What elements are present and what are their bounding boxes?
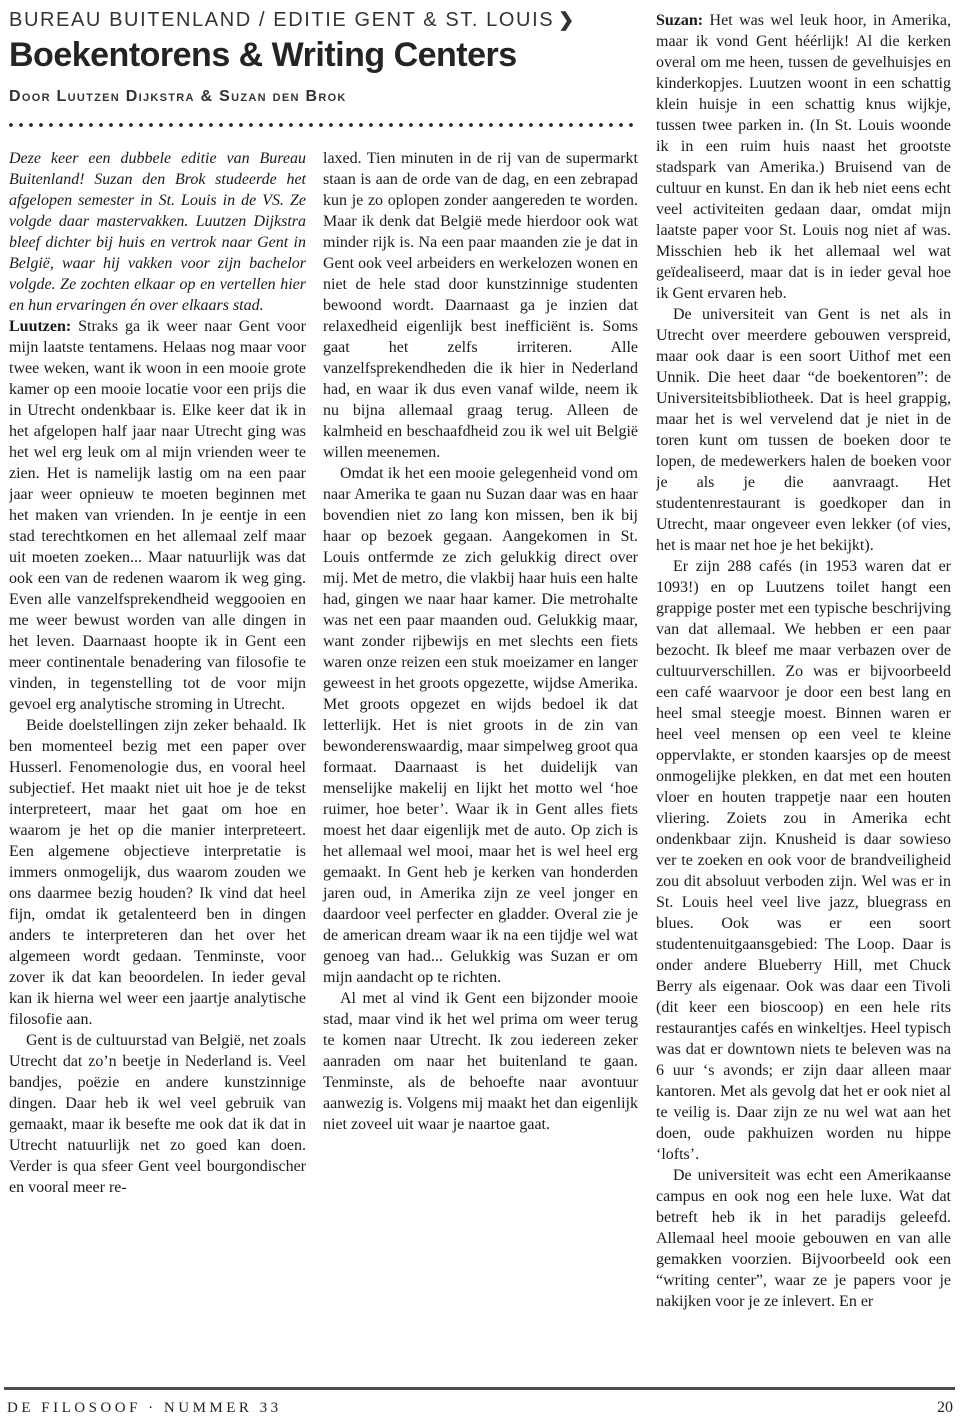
page-content: BUREAU BUITENLAND / EDITIE GENT & ST. LO… xyxy=(9,0,951,1380)
intro-paragraph: Deze keer een dubbele editie van Bureau … xyxy=(9,148,306,316)
page-number: 20 xyxy=(937,1399,953,1417)
column-1: Deze keer een dubbele editie van Bureau … xyxy=(9,148,306,1380)
column-2: laxed. Tien minuten in de rij van de sup… xyxy=(323,148,638,1380)
dotted-divider xyxy=(9,123,638,127)
page-footer: DE FILOSOOF · NUMMER 33 20 xyxy=(4,1380,955,1417)
luutzen-paragraph: Luutzen: Straks ga ik weer naar Gent voo… xyxy=(9,316,306,715)
paragraph-continuation: laxed. Tien minuten in de rij van de sup… xyxy=(323,148,638,463)
byline: Door Luutzen Dijkstra & Suzan den Brok xyxy=(9,88,638,106)
paragraph: Gent is de cultuurstad van België, net z… xyxy=(9,1030,306,1198)
columns-1-2: Deze keer een dubbele editie van Bureau … xyxy=(9,148,638,1380)
magazine-page: BUREAU BUITENLAND / EDITIE GENT & ST. LO… xyxy=(0,0,960,1425)
column-3: Suzan: Het was wel leuk hoor, in Amerika… xyxy=(656,0,951,1380)
kicker-text: BUREAU BUITENLAND / EDITIE GENT & ST. LO… xyxy=(9,9,554,31)
footer-row: DE FILOSOOF · NUMMER 33 20 xyxy=(4,1399,955,1417)
paragraph: Al met al vind ik Gent een bijzonder moo… xyxy=(323,988,638,1135)
left-zone: BUREAU BUITENLAND / EDITIE GENT & ST. LO… xyxy=(9,0,638,1380)
article-title: Boekentorens & Writing Centers xyxy=(9,36,638,75)
section-kicker: BUREAU BUITENLAND / EDITIE GENT & ST. LO… xyxy=(9,9,638,32)
journal-name: DE FILOSOOF · NUMMER 33 xyxy=(7,1400,282,1417)
footer-rule xyxy=(4,1387,955,1390)
speaker-label-suzan: Suzan: xyxy=(656,12,703,29)
speaker-label-luutzen: Luutzen: xyxy=(9,318,71,335)
paragraph: Er zijn 288 cafés (in 1953 waren dat er … xyxy=(656,556,951,1165)
paragraph: De universiteit was echt een Amerikaanse… xyxy=(656,1165,951,1312)
paragraph: Beide doelstellingen zijn zeker behaald.… xyxy=(9,715,306,1030)
chevron-right-icon: ❯ xyxy=(558,10,574,31)
paragraph-text: Het was wel leuk hoor, in Amerika, maar … xyxy=(656,12,951,302)
paragraph: De universiteit van Gent is net als in U… xyxy=(656,304,951,556)
paragraph-text: Straks ga ik weer naar Gent voor mijn la… xyxy=(9,318,306,713)
suzan-paragraph: Suzan: Het was wel leuk hoor, in Amerika… xyxy=(656,10,951,304)
paragraph: Omdat ik het een mooie gelegenheid vond … xyxy=(323,463,638,988)
